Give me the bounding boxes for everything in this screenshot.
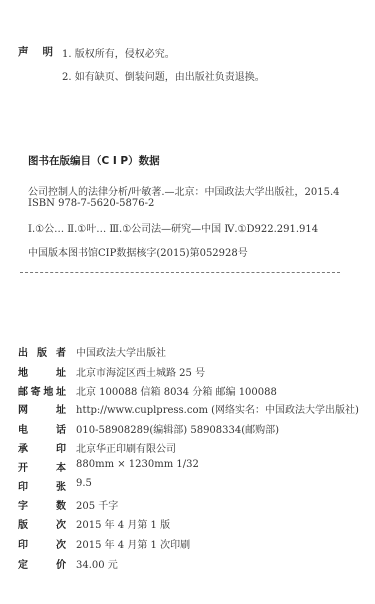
info-label-char: 次 bbox=[56, 516, 66, 531]
info-value: 北京市海淀区西土城路 25 号 bbox=[76, 364, 205, 379]
cip-line-record-number: 中国版本图书馆CIP数据核字(2015)第052928号 bbox=[28, 244, 248, 259]
info-label-char: 地 bbox=[18, 364, 28, 379]
info-label: 网址 bbox=[18, 401, 66, 416]
info-label-char: 寄 bbox=[31, 383, 41, 398]
info-label-char: 址 bbox=[56, 383, 66, 398]
info-label-char: 本 bbox=[56, 459, 66, 474]
info-label: 出版者 bbox=[18, 344, 66, 359]
info-label: 印张 bbox=[18, 478, 66, 493]
info-label-char: 印 bbox=[18, 478, 28, 493]
declaration-item-1: 1. 版权所有，侵权必究。 bbox=[62, 45, 175, 60]
info-label: 邮寄地址 bbox=[18, 383, 66, 398]
info-value: 北京 100088 信箱 8034 分箱 邮编 100088 bbox=[76, 383, 277, 398]
info-value: http://www.cuplpress.com (网络实名：中国政法大学出版社… bbox=[76, 401, 359, 416]
info-label-char: 印 bbox=[18, 536, 28, 551]
info-label: 开本 bbox=[18, 459, 66, 474]
info-label-char: 定 bbox=[18, 556, 28, 571]
info-label: 电话 bbox=[18, 421, 66, 436]
info-label-char: 字 bbox=[18, 497, 28, 512]
cip-line-classification: Ⅰ.①公… Ⅱ.①叶… Ⅲ.①公司法—研究—中国 Ⅳ.①D922.291.914 bbox=[28, 220, 318, 235]
cip-title: 图书在版编目（C I P）数据 bbox=[28, 153, 160, 168]
info-label-char: 版 bbox=[18, 516, 28, 531]
declaration-item-2: 2. 如有缺页、倒装问题，由出版社负责退换。 bbox=[62, 68, 265, 83]
info-label-char: 址 bbox=[56, 401, 66, 416]
declaration-label: 声明 bbox=[18, 44, 67, 59]
info-label-char: 张 bbox=[56, 478, 66, 493]
info-label-char: 地 bbox=[43, 383, 53, 398]
info-value: 中国政法大学出版社 bbox=[76, 344, 166, 359]
info-value: 010-58908289(编辑部) 58908334(邮购部) bbox=[76, 421, 279, 436]
info-label-char: 价 bbox=[56, 556, 66, 571]
info-value: 9.5 bbox=[76, 478, 92, 489]
info-label: 版次 bbox=[18, 516, 66, 531]
info-label-char: 次 bbox=[56, 536, 66, 551]
info-label-char: 承 bbox=[18, 440, 28, 455]
info-label: 承印 bbox=[18, 440, 66, 455]
info-label: 字数 bbox=[18, 497, 66, 512]
info-value: 880mm × 1230mm 1/32 bbox=[76, 459, 199, 470]
dashed-divider bbox=[20, 272, 340, 273]
info-value: 34.00 元 bbox=[76, 556, 118, 571]
info-label: 定价 bbox=[18, 556, 66, 571]
info-label: 地址 bbox=[18, 364, 66, 379]
info-label-char: 网 bbox=[18, 401, 28, 416]
info-label-char: 电 bbox=[18, 421, 28, 436]
info-label-char: 印 bbox=[56, 440, 66, 455]
info-value: 205 千字 bbox=[76, 497, 118, 512]
info-label-char: 开 bbox=[18, 459, 28, 474]
cip-line-title: 公司控制人的法律分析/叶敏著.—北京：中国政法大学出版社，2015.4 bbox=[28, 183, 340, 198]
cip-line-isbn: ISBN 978-7-5620-5876-2 bbox=[28, 198, 154, 209]
info-label-char: 邮 bbox=[18, 383, 28, 398]
info-value: 2015 年 4 月第 1 版 bbox=[76, 516, 170, 531]
info-label-char: 版 bbox=[37, 344, 47, 359]
info-label-char: 者 bbox=[56, 344, 66, 359]
info-value: 北京华正印刷有限公司 bbox=[76, 440, 176, 455]
info-value: 2015 年 4 月第 1 次印刷 bbox=[76, 536, 190, 551]
info-label-char: 出 bbox=[18, 344, 28, 359]
info-label: 印次 bbox=[18, 536, 66, 551]
info-label-char: 数 bbox=[56, 497, 66, 512]
info-label-char: 址 bbox=[56, 364, 66, 379]
info-label-char: 话 bbox=[56, 421, 66, 436]
